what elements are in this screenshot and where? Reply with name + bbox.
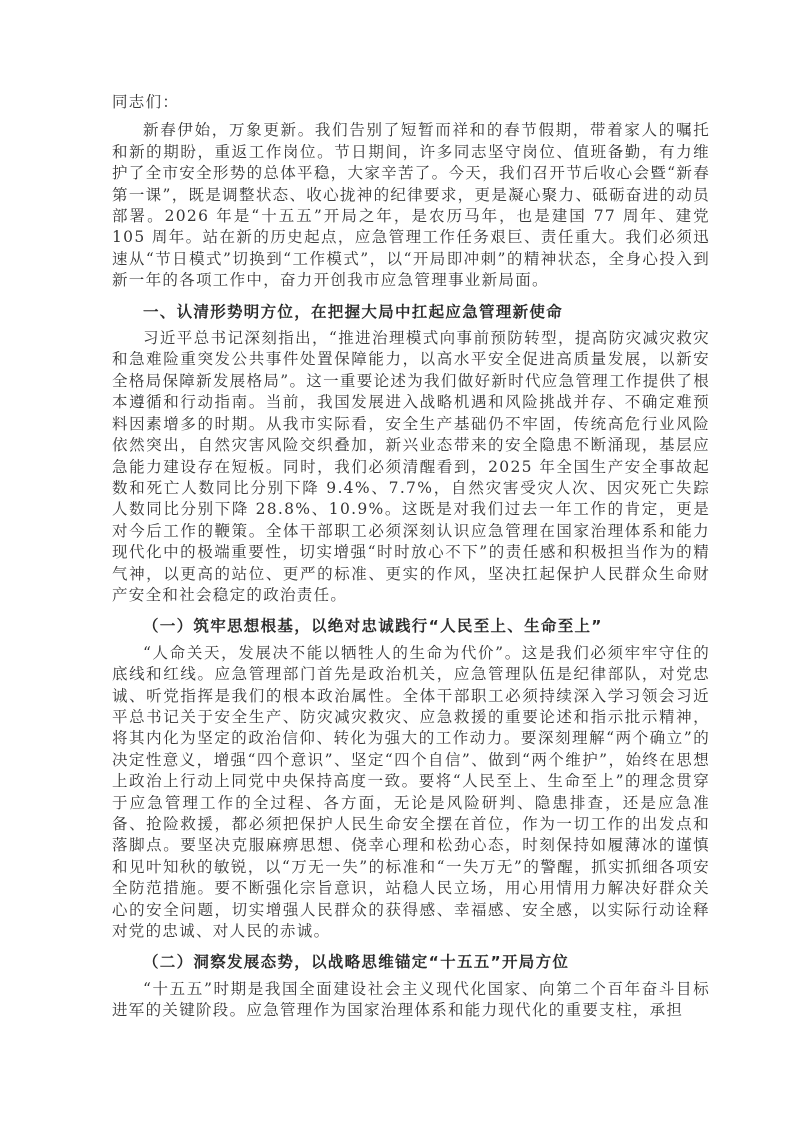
paragraph-section-1: 习近平总书记深刻指出，“推进治理模式向事前预防转型，提高防灾减灾救灾和急难险重突… (112, 328, 710, 606)
heading-subsection-1-1: （一）筑牢思想根基，以绝对忠诚践行“人民至上、生命至上” (112, 616, 710, 637)
paragraph-subsection-1-1: “人命关天，发展决不能以牺牲人的生命为代价”。这是我们必须牢牢守住的底线和红线。… (112, 643, 710, 943)
heading-subsection-1-2: （二）洞察发展态势，以战略思维锚定“十五五”开局方位 (112, 952, 710, 973)
salutation: 同志们： (112, 92, 710, 113)
paragraph-subsection-1-2-partial: “十五五”时期是我国全面建设社会主义现代化国家、向第二个百年奋斗目标进军的关键阶… (112, 979, 710, 1022)
heading-section-1: 一、认清形势明方位，在把握大局中扛起应急管理新使命 (112, 302, 710, 323)
paragraph-opening: 新春伊始，万象更新。我们告别了短暂而祥和的春节假期，带着家人的嘱托和新的期盼，重… (112, 120, 710, 291)
document-page: 同志们： 新春伊始，万象更新。我们告别了短暂而祥和的春节假期，带着家人的嘱托和新… (0, 0, 793, 1122)
